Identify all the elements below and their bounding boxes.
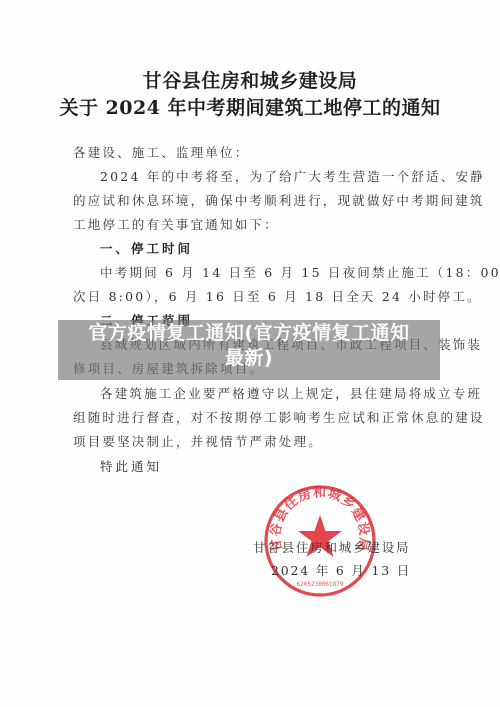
section1-line-1: 中考期间 6 月 14 日至 6 月 15 日夜间禁止施工（18：00 至 — [100, 265, 428, 281]
section1-line-2: 次日 8:00），6 月 16 日至 6 月 18 日全天 24 小时停工。 — [73, 289, 428, 305]
section1-heading: 一、停工时间 — [100, 241, 428, 257]
salutation: 各建设、施工、监理单位： — [73, 145, 428, 161]
signature-date: 2024 年 6 月 13 日 — [271, 561, 411, 579]
signature-issuer: 甘谷县住房和城乡建设局 — [253, 538, 410, 556]
document-issuer-title: 甘谷县住房和城乡建设局 — [0, 66, 500, 93]
enforcement-line-3: 项目要坚决制止，并视情节严肃处理。 — [73, 434, 428, 450]
overlay-banner-line-2: 最新) — [58, 346, 440, 371]
enforcement-line-1: 各建筑施工企业要严格遵守以上规定，县住建局将成立专班 — [100, 386, 428, 402]
svg-text:6205230061879: 6205230061879 — [297, 581, 344, 588]
intro-line-1: 2024 年的中考将至，为了给广大考生营造一个舒适、安静 — [100, 169, 428, 185]
overlay-banner-line-1: 官方疫情复工通知(官方疫情复工通知 — [58, 321, 440, 346]
overlay-banner-text: 官方疫情复工通知(官方疫情复工通知 最新) — [58, 321, 440, 371]
document-title: 关于 2024 年中考期间建筑工地停工的通知 — [0, 93, 500, 120]
intro-line-3: 工地停工的有关事宜通知如下： — [73, 217, 428, 233]
closing-text: 特此通知 — [100, 459, 428, 475]
intro-line-2: 的应试和休息环境，确保中考顺利进行，现就做好中考期间建筑 — [73, 193, 428, 209]
enforcement-line-2: 组随时进行督查，对不按期停工影响考生应试和正常休息的建设 — [73, 410, 428, 426]
